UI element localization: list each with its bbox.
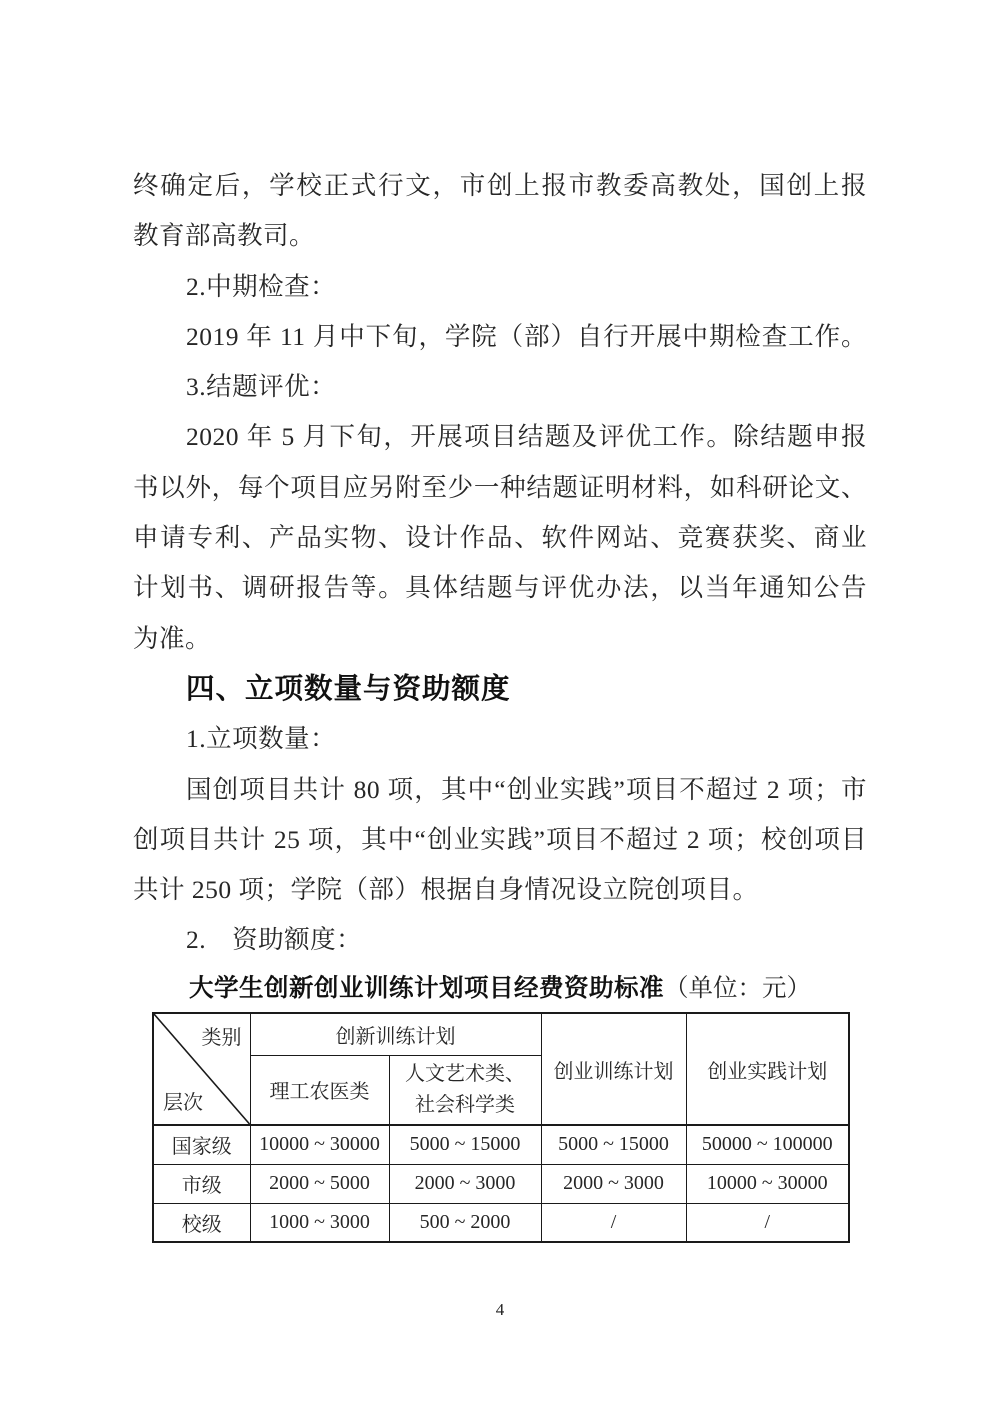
- plan-header-cell: 创业实践计划: [686, 1013, 849, 1125]
- section-heading: 四、立项数量与资助额度: [133, 664, 867, 714]
- table-title: 大学生创新创业训练计划项目经费资助标准（单位：元）: [133, 964, 867, 1014]
- level-cell: 市级: [153, 1164, 250, 1203]
- value-cell: /: [541, 1203, 686, 1242]
- value-cell: 5000 ~ 15000: [389, 1125, 541, 1164]
- table-row: 市级2000 ~ 50002000 ~ 30002000 ~ 300010000…: [153, 1164, 849, 1203]
- level-cell: 校级: [153, 1203, 250, 1242]
- value-cell: 2000 ~ 3000: [389, 1164, 541, 1203]
- sub-header-cell: 理工农医类: [250, 1055, 389, 1125]
- text-line: 终确定后，学校正式行文，市创上报市教委高教处，国创上报: [133, 161, 867, 211]
- table-row: 校级1000 ~ 3000500 ~ 2000//: [153, 1203, 849, 1242]
- text-line: 2020 年 5 月下旬，开展项目结题及评优工作。除结题申报: [133, 412, 867, 462]
- table-title-main: 大学生创新创业训练计划项目经费资助标准: [189, 975, 664, 1002]
- document-page: 终确定后，学校正式行文，市创上报市教委高教处，国创上报教育部高教司。2.中期检查…: [0, 0, 1000, 1414]
- level-cell: 国家级: [153, 1125, 250, 1164]
- value-cell: 50000 ~ 100000: [686, 1125, 849, 1164]
- value-cell: /: [686, 1203, 849, 1242]
- document-body: 终确定后，学校正式行文，市创上报市教委高教处，国创上报教育部高教司。2.中期检查…: [133, 161, 867, 966]
- table-title-unit: （单位：元）: [664, 975, 811, 1002]
- corner-category-label: 类别: [202, 1021, 242, 1050]
- page-number: 4: [0, 1300, 1000, 1320]
- sub-header-cell: 人文艺术类、 社会科学类: [389, 1055, 541, 1125]
- value-cell: 5000 ~ 15000: [541, 1125, 686, 1164]
- text-line: 计划书、调研报告等。具体结题与评优办法，以当年通知公告: [133, 563, 867, 613]
- value-cell: 1000 ~ 3000: [250, 1203, 389, 1242]
- table-row: 国家级10000 ~ 300005000 ~ 150005000 ~ 15000…: [153, 1125, 849, 1164]
- text-line: 2. 资助额度：: [133, 915, 867, 965]
- group-header-cell: 创新训练计划: [250, 1013, 541, 1055]
- plan-header-cell: 创业训练计划: [541, 1013, 686, 1125]
- value-cell: 2000 ~ 5000: [250, 1164, 389, 1203]
- value-cell: 500 ~ 2000: [389, 1203, 541, 1242]
- text-line: 3.结题评优：: [133, 362, 867, 412]
- funding-table: 类别 层次 创新训练计划 创业训练计划 创业实践计划 理工农医类 人文艺术类、 …: [152, 1012, 850, 1243]
- text-line: 共计 250 项；学院（部）根据自身情况设立院创项目。: [133, 865, 867, 915]
- text-line: 国创项目共计 80 项，其中“创业实践”项目不超过 2 项；市: [133, 765, 867, 815]
- text-line: 1.立项数量：: [133, 714, 867, 764]
- text-line: 2.中期检查：: [133, 262, 867, 312]
- value-cell: 2000 ~ 3000: [541, 1164, 686, 1203]
- text-line: 2019 年 11 月中下旬，学院（部）自行开展中期检查工作。: [133, 312, 867, 362]
- corner-level-label: 层次: [163, 1086, 203, 1115]
- value-cell: 10000 ~ 30000: [250, 1125, 389, 1164]
- text-line: 创项目共计 25 项，其中“创业实践”项目不超过 2 项；校创项目: [133, 815, 867, 865]
- table-corner-cell: 类别 层次: [153, 1013, 250, 1125]
- text-line: 教育部高教司。: [133, 211, 867, 261]
- text-line: 申请专利、产品实物、设计作品、软件网站、竞赛获奖、商业: [133, 513, 867, 563]
- text-line: 书以外，每个项目应另附至少一种结题证明材料，如科研论文、: [133, 463, 867, 513]
- text-line: 为准。: [133, 614, 867, 664]
- value-cell: 10000 ~ 30000: [686, 1164, 849, 1203]
